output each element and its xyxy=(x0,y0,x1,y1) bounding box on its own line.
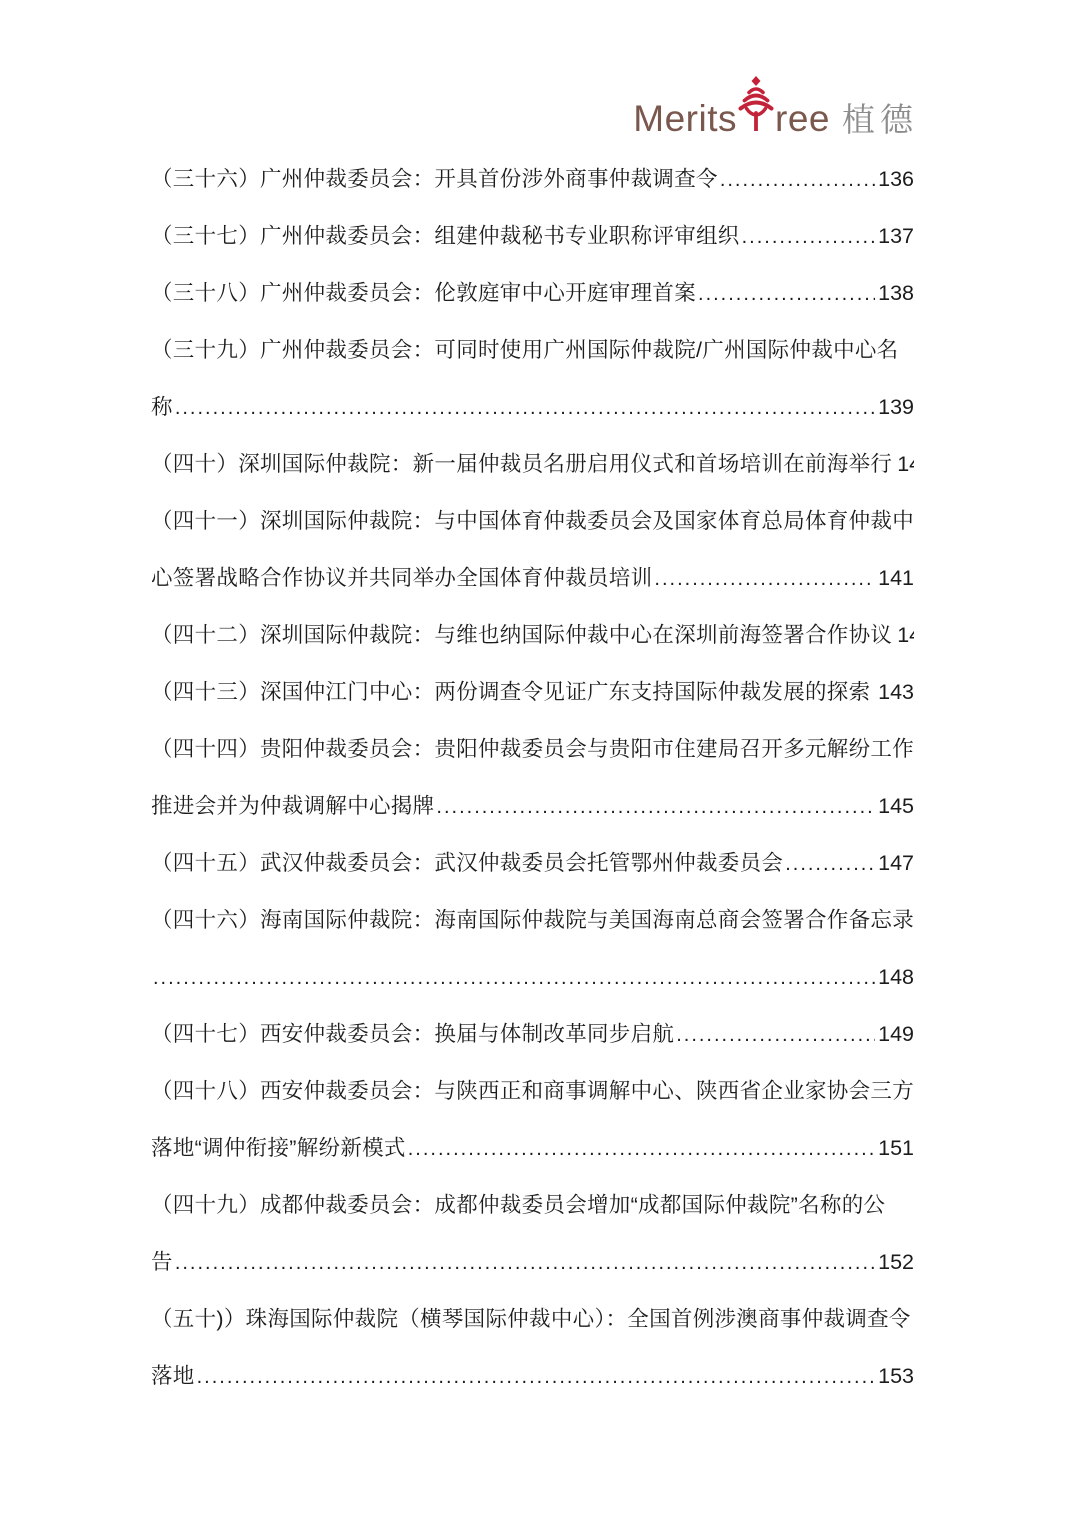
toc-leader-dots xyxy=(175,1234,875,1291)
toc-entry-text: （四十三）深国仲江门中心：两份调查令见证广东支持国际仲裁发展的探索 xyxy=(151,664,870,721)
toc-entry-text: 落地“调仲衔接”解纷新模式 xyxy=(151,1120,406,1177)
toc-entry-line[interactable]: 落地“调仲衔接”解纷新模式151 xyxy=(151,1120,914,1177)
toc-entry-text: 落地 xyxy=(151,1348,195,1405)
toc-entry-text: （四十）深圳国际仲裁院：新一届仲裁员名册启用仪式和首场培训在前海举行 xyxy=(151,436,892,493)
toc-entry-line[interactable]: （五十)）珠海国际仲裁院（横琴国际仲裁中心）：全国首例涉澳商事仲裁调查令 xyxy=(151,1291,914,1348)
toc-leader-dots xyxy=(720,151,875,208)
toc-page-number: 151 xyxy=(878,1120,914,1177)
toc-entry-line[interactable]: （三十九）广州仲裁委员会：可同时使用广州国际仲裁院/广州国际仲裁中心名 xyxy=(151,322,914,379)
toc-entry-line[interactable]: （四十二）深圳国际仲裁院：与维也纳国际仲裁中心在深圳前海签署合作协议142 xyxy=(151,607,914,664)
toc-entry-text: （四十八）西安仲裁委员会：与陕西正和商事调解中心、陕西省企业家协会三方 xyxy=(151,1063,914,1120)
toc-page-number: 153 xyxy=(878,1348,914,1405)
toc-entry-text: （四十九）成都仲裁委员会：成都仲裁委员会增加“成都国际仲裁院”名称的公 xyxy=(151,1177,885,1234)
toc-entry-line[interactable]: （四十八）西安仲裁委员会：与陕西正和商事调解中心、陕西省企业家协会三方 xyxy=(151,1063,914,1120)
toc-page-number: 136 xyxy=(878,151,914,208)
toc-entry-line[interactable]: （四十九）成都仲裁委员会：成都仲裁委员会增加“成都国际仲裁院”名称的公 xyxy=(151,1177,914,1234)
brand-ree-text: ree xyxy=(775,98,830,140)
toc-entry-line[interactable]: （四十七）西安仲裁委员会：换届与体制改革同步启航149 xyxy=(151,1006,914,1063)
toc-entry-text: （四十四）贵阳仲裁委员会：贵阳仲裁委员会与贵阳市住建局召开多元解纷工作 xyxy=(151,721,914,778)
toc-list: （三十六）广州仲裁委员会：开具首份涉外商事仲裁调查令136（三十七）广州仲裁委员… xyxy=(151,151,914,1405)
toc-leader-dots xyxy=(197,1348,876,1405)
toc-page-number: 143 xyxy=(878,664,914,721)
toc-entry-text: （四十五）武汉仲裁委员会：武汉仲裁委员会托管鄂州仲裁委员会 xyxy=(151,835,783,892)
toc-entry-text: 告 xyxy=(151,1234,173,1291)
toc-page-number: 142 xyxy=(897,607,914,664)
toc-entry-text: （四十二）深圳国际仲裁院：与维也纳国际仲裁中心在深圳前海签署合作协议 xyxy=(151,607,892,664)
brand-cn-text: 植德 xyxy=(842,94,918,141)
toc-entry-line[interactable]: 心签署战略合作协议并共同举办全国体育仲裁员培训141 xyxy=(151,550,914,607)
toc-entry-line[interactable]: 告152 xyxy=(151,1234,914,1291)
toc-entry-text: 称 xyxy=(151,379,173,436)
tree-icon xyxy=(738,75,774,131)
toc-page-number: 148 xyxy=(878,949,914,1006)
toc-entry-text: （三十七）广州仲裁委员会：组建仲裁秘书专业职称评审组织 xyxy=(151,208,740,265)
toc-leader-dots xyxy=(698,265,875,322)
toc-entry-text: （五十)）珠海国际仲裁院（横琴国际仲裁中心）：全国首例涉澳商事仲裁调查令 xyxy=(151,1291,911,1348)
toc-entry-line[interactable]: 推进会并为仲裁调解中心揭牌145 xyxy=(151,778,914,835)
toc-entry-text: 推进会并为仲裁调解中心揭牌 xyxy=(151,778,434,835)
toc-leader-dots xyxy=(436,778,875,835)
toc-entry-line[interactable]: （四十三）深国仲江门中心：两份调查令见证广东支持国际仲裁发展的探索143 xyxy=(151,664,914,721)
toc-leader-dots xyxy=(654,550,875,607)
toc-page-number: 145 xyxy=(878,778,914,835)
toc-entry-line[interactable]: （三十七）广州仲裁委员会：组建仲裁秘书专业职称评审组织137 xyxy=(151,208,914,265)
toc-entry-line[interactable]: （四十六）海南国际仲裁院：海南国际仲裁院与美国海南总商会签署合作备忘录 xyxy=(151,892,914,949)
toc-entry-text: （四十六）海南国际仲裁院：海南国际仲裁院与美国海南总商会签署合作备忘录 xyxy=(151,892,914,949)
toc-leader-dots xyxy=(742,208,876,265)
toc-entry-line[interactable]: （四十五）武汉仲裁委员会：武汉仲裁委员会托管鄂州仲裁委员会147 xyxy=(151,835,914,892)
toc-entry-text: （四十一）深圳国际仲裁院：与中国体育仲裁委员会及国家体育总局体育仲裁中 xyxy=(151,493,914,550)
toc-entry-text: （三十九）广州仲裁委员会：可同时使用广州国际仲裁院/广州国际仲裁中心名 xyxy=(151,322,898,379)
table-of-contents: （三十六）广州仲裁委员会：开具首份涉外商事仲裁调查令136（三十七）广州仲裁委员… xyxy=(0,151,1080,1405)
toc-entry-line[interactable]: （四十一）深圳国际仲裁院：与中国体育仲裁委员会及国家体育总局体育仲裁中 xyxy=(151,493,914,550)
document-page: Merits ree 植德 （三十六）广州仲裁委员会：开具首份涉外商事仲裁调查令… xyxy=(0,0,1080,1527)
toc-entry-line[interactable]: （四十）深圳国际仲裁院：新一届仲裁员名册启用仪式和首场培训在前海举行140 xyxy=(151,436,914,493)
toc-page-number: 140 xyxy=(897,436,914,493)
toc-entry-text: （四十七）西安仲裁委员会：换届与体制改革同步启航 xyxy=(151,1006,674,1063)
toc-leader-dots xyxy=(408,1120,875,1177)
toc-page-number: 141 xyxy=(878,550,914,607)
toc-page-number: 147 xyxy=(878,835,914,892)
toc-page-number: 149 xyxy=(878,1006,914,1063)
brand-logo: Merits ree 植德 xyxy=(633,75,918,141)
toc-leader-dots xyxy=(785,835,875,892)
toc-leader-dots xyxy=(153,949,875,1006)
toc-entry-line[interactable]: 落地153 xyxy=(151,1348,914,1405)
toc-entry-text: （三十六）广州仲裁委员会：开具首份涉外商事仲裁调查令 xyxy=(151,151,718,208)
toc-entry-line[interactable]: （三十六）广州仲裁委员会：开具首份涉外商事仲裁调查令136 xyxy=(151,151,914,208)
toc-page-number: 137 xyxy=(878,208,914,265)
toc-entry-line[interactable]: （三十八）广州仲裁委员会：伦敦庭审中心开庭审理首案138 xyxy=(151,265,914,322)
toc-entry-line[interactable]: 称139 xyxy=(151,379,914,436)
toc-leader-dots xyxy=(175,379,875,436)
toc-entry-line[interactable]: （四十四）贵阳仲裁委员会：贵阳仲裁委员会与贵阳市住建局召开多元解纷工作 xyxy=(151,721,914,778)
toc-leader-dots xyxy=(676,1006,875,1063)
brand-merits-text: Merits xyxy=(633,98,737,140)
toc-entry-text: （三十八）广州仲裁委员会：伦敦庭审中心开庭审理首案 xyxy=(151,265,696,322)
toc-page-number: 139 xyxy=(878,379,914,436)
toc-entry-line[interactable]: 148 xyxy=(151,949,914,1006)
toc-page-number: 152 xyxy=(878,1234,914,1291)
toc-entry-text: 心签署战略合作协议并共同举办全国体育仲裁员培训 xyxy=(151,550,652,607)
page-header: Merits ree 植德 xyxy=(0,0,1080,151)
toc-page-number: 138 xyxy=(878,265,914,322)
